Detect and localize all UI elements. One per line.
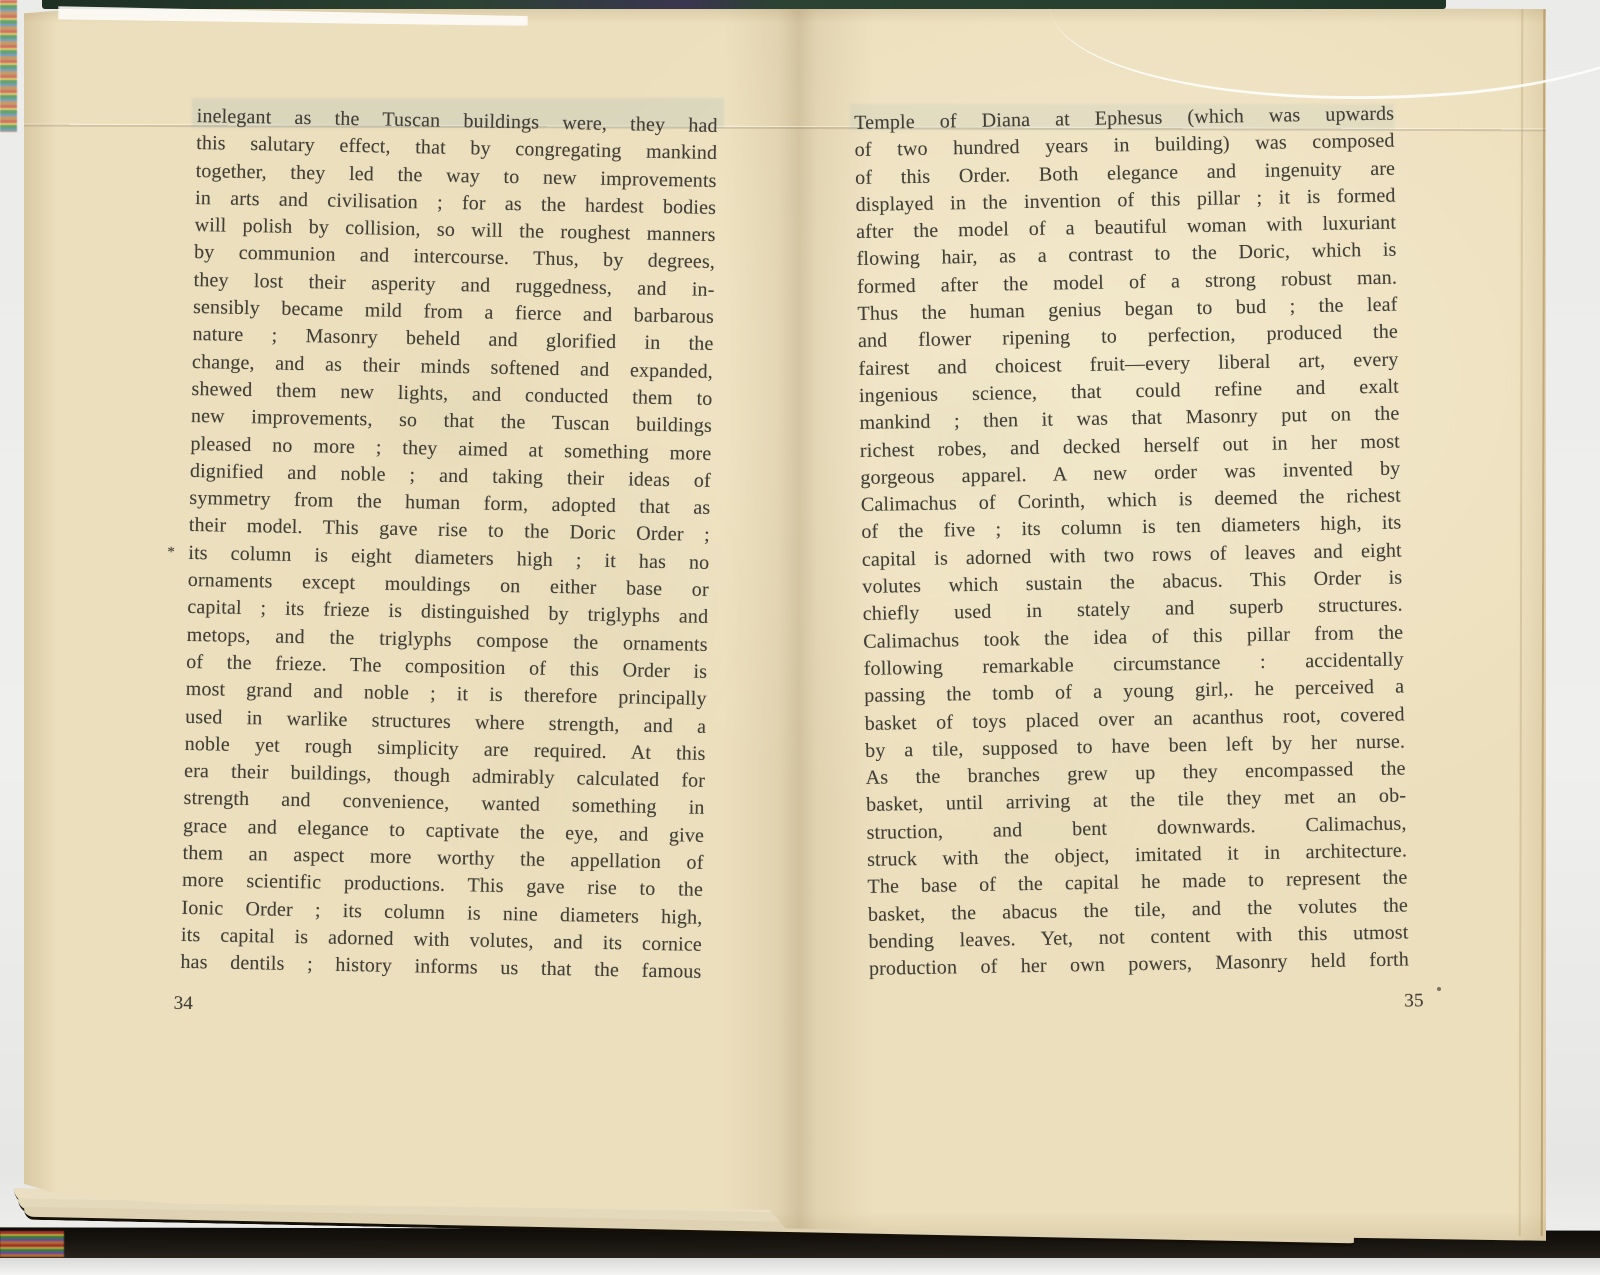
page-edge-line [1541, 8, 1546, 1236]
page-number-35: 35 [869, 987, 1423, 1024]
page-number-34: 34 [173, 989, 700, 1026]
margin-asterisk-mark: * [167, 540, 175, 567]
page-34-lines: inelegant as the Tuscan buildings were, … [180, 103, 718, 986]
open-book-spread: * inelegant as the Tuscan buildings were… [24, 6, 1546, 1242]
book-gutter-shadow [724, 6, 874, 1242]
scanner-artifact-stripes [0, 1231, 64, 1257]
book-scan: * inelegant as the Tuscan buildings were… [0, 0, 1600, 1275]
ink-speck [1437, 987, 1441, 991]
scanner-artifact-stripes [0, 0, 17, 132]
scanner-bed-bottom [0, 1258, 1600, 1275]
page-34-text-block: * inelegant as the Tuscan buildings were… [179, 103, 717, 1027]
page-edge-line [1519, 8, 1524, 1236]
page-35-lines: Temple of Diana at Ephesus (which was up… [854, 101, 1409, 984]
page-35-text-block: Temple of Diana at Ephesus (which was up… [854, 101, 1410, 1024]
